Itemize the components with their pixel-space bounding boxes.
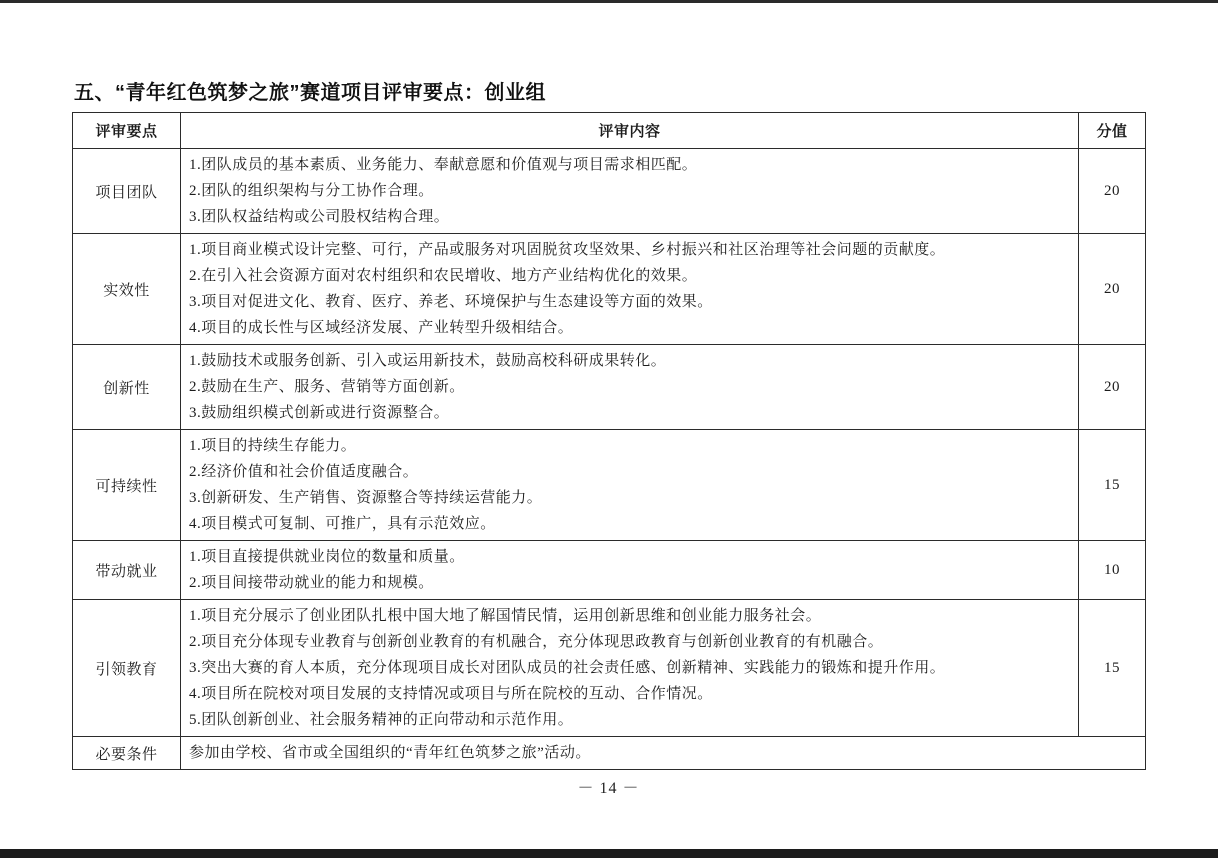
criteria-item: 4.项目模式可复制、可推广，具有示范效应。 [189, 511, 1070, 537]
criteria-item: 2.项目充分体现专业教育与创新创业教育的有机融合，充分体现思政教育与创新创业教育… [189, 629, 1070, 655]
criteria-item: 2.项目间接带动就业的能力和规模。 [189, 570, 1070, 596]
score-cell: 15 [1079, 430, 1146, 541]
document-page: 五、“青年红色筑梦之旅”赛道项目评审要点：创业组 评审要点 评审内容 分值 项目… [0, 0, 1218, 860]
criteria-label-cell: 引领教育 [73, 600, 181, 737]
criteria-label-cell: 带动就业 [73, 541, 181, 600]
top-edge-bar [0, 0, 1218, 3]
score-cell: 20 [1079, 345, 1146, 430]
criteria-item: 1.鼓励技术或服务创新、引入或运用新技术，鼓励高校科研成果转化。 [189, 348, 1070, 374]
criteria-label-cell: 必要条件 [73, 737, 181, 770]
criteria-item: 2.经济价值和社会价值适度融合。 [189, 459, 1070, 485]
header-criteria-point: 评审要点 [73, 113, 181, 149]
table-row: 实效性1.项目商业模式设计完整、可行，产品或服务对巩固脱贫攻坚效果、乡村振兴和社… [73, 234, 1146, 345]
criteria-content-cell: 1.团队成员的基本素质、业务能力、奉献意愿和价值观与项目需求相匹配。2.团队的组… [181, 149, 1079, 234]
score-cell: 15 [1079, 600, 1146, 737]
criteria-item: 3.项目对促进文化、教育、医疗、养老、环境保护与生态建设等方面的效果。 [189, 289, 1070, 315]
criteria-label-cell: 可持续性 [73, 430, 181, 541]
criteria-content-cell: 1.项目充分展示了创业团队扎根中国大地了解国情民情，运用创新思维和创业能力服务社… [181, 600, 1079, 737]
criteria-item: 1.项目商业模式设计完整、可行，产品或服务对巩固脱贫攻坚效果、乡村振兴和社区治理… [189, 237, 1070, 263]
header-review-content: 评审内容 [181, 113, 1079, 149]
header-score: 分值 [1079, 113, 1146, 149]
criteria-item: 2.团队的组织架构与分工协作合理。 [189, 178, 1070, 204]
criteria-item: 3.创新研发、生产销售、资源整合等持续运营能力。 [189, 485, 1070, 511]
criteria-label-cell: 实效性 [73, 234, 181, 345]
table-body: 项目团队1.团队成员的基本素质、业务能力、奉献意愿和价值观与项目需求相匹配。2.… [73, 149, 1146, 770]
criteria-content-cell: 参加由学校、省市或全国组织的“青年红色筑梦之旅”活动。 [181, 737, 1146, 770]
criteria-label-cell: 创新性 [73, 345, 181, 430]
table-row: 引领教育1.项目充分展示了创业团队扎根中国大地了解国情民情，运用创新思维和创业能… [73, 600, 1146, 737]
page-title: 五、“青年红色筑梦之旅”赛道项目评审要点：创业组 [74, 76, 546, 105]
criteria-item: 3.团队权益结构或公司股权结构合理。 [189, 204, 1070, 230]
bottom-edge-bar [0, 849, 1218, 858]
criteria-item: 1.团队成员的基本素质、业务能力、奉献意愿和价值观与项目需求相匹配。 [189, 152, 1070, 178]
criteria-label-cell: 项目团队 [73, 149, 181, 234]
criteria-content-cell: 1.项目的持续生存能力。2.经济价值和社会价值适度融合。3.创新研发、生产销售、… [181, 430, 1079, 541]
score-cell: 20 [1079, 234, 1146, 345]
table-row: 创新性1.鼓励技术或服务创新、引入或运用新技术，鼓励高校科研成果转化。2.鼓励在… [73, 345, 1146, 430]
criteria-content-cell: 1.鼓励技术或服务创新、引入或运用新技术，鼓励高校科研成果转化。2.鼓励在生产、… [181, 345, 1079, 430]
criteria-item: 1.项目直接提供就业岗位的数量和质量。 [189, 544, 1070, 570]
criteria-item: 参加由学校、省市或全国组织的“青年红色筑梦之旅”活动。 [189, 740, 1137, 766]
criteria-item: 3.突出大赛的育人本质，充分体现项目成长对团队成员的社会责任感、创新精神、实践能… [189, 655, 1070, 681]
criteria-item: 2.鼓励在生产、服务、营销等方面创新。 [189, 374, 1070, 400]
criteria-item: 4.项目的成长性与区域经济发展、产业转型升级相结合。 [189, 315, 1070, 341]
table-row: 可持续性1.项目的持续生存能力。2.经济价值和社会价值适度融合。3.创新研发、生… [73, 430, 1146, 541]
criteria-item: 1.项目充分展示了创业团队扎根中国大地了解国情民情，运用创新思维和创业能力服务社… [189, 603, 1070, 629]
table-row: 项目团队1.团队成员的基本素质、业务能力、奉献意愿和价值观与项目需求相匹配。2.… [73, 149, 1146, 234]
criteria-item: 4.项目所在院校对项目发展的支持情况或项目与所在院校的互动、合作情况。 [189, 681, 1070, 707]
criteria-item: 3.鼓励组织模式创新或进行资源整合。 [189, 400, 1070, 426]
score-cell: 20 [1079, 149, 1146, 234]
criteria-content-cell: 1.项目商业模式设计完整、可行，产品或服务对巩固脱贫攻坚效果、乡村振兴和社区治理… [181, 234, 1079, 345]
review-criteria-table: 评审要点 评审内容 分值 项目团队1.团队成员的基本素质、业务能力、奉献意愿和价… [72, 112, 1146, 770]
criteria-item: 2.在引入社会资源方面对农村组织和农民增收、地方产业结构优化的效果。 [189, 263, 1070, 289]
criteria-item: 5.团队创新创业、社会服务精神的正向带动和示范作用。 [189, 707, 1070, 733]
score-cell: 10 [1079, 541, 1146, 600]
page-number: － 14 － [72, 775, 1145, 798]
table-row: 必要条件参加由学校、省市或全国组织的“青年红色筑梦之旅”活动。 [73, 737, 1146, 770]
table-header-row: 评审要点 评审内容 分值 [73, 113, 1146, 149]
criteria-content-cell: 1.项目直接提供就业岗位的数量和质量。2.项目间接带动就业的能力和规模。 [181, 541, 1079, 600]
table-row: 带动就业1.项目直接提供就业岗位的数量和质量。2.项目间接带动就业的能力和规模。… [73, 541, 1146, 600]
criteria-item: 1.项目的持续生存能力。 [189, 433, 1070, 459]
